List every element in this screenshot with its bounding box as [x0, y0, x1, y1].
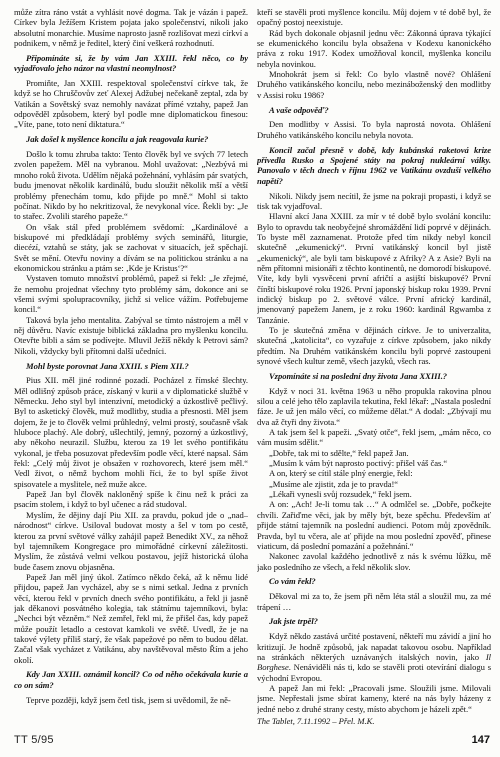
- paragraph: Papež Jan měl jiný úkol. Zatímco někdo č…: [14, 572, 248, 665]
- paragraph: může zítra ráno vstát a vyhlásit nové do…: [14, 7, 248, 48]
- paragraph: Rád bych dokonale objasnil jednu věc: Zá…: [257, 28, 491, 69]
- interview-question: Koncil začal přesně v době, kdy kubánská…: [257, 145, 491, 186]
- interview-question: A vaše odpověď?: [257, 105, 491, 115]
- interview-question: Připomínáte si, že by vám Jan XXIII. řek…: [14, 53, 248, 74]
- paragraph: A on, který se cítil stále plný energie,…: [257, 468, 491, 478]
- paragraph: kteří se stavěli proti myšlence koncilu.…: [257, 7, 491, 28]
- paragraph: Teprve později, když jsem četl tisk, jse…: [14, 695, 248, 705]
- text-run: . Nenáviděli nás ti, kdo se stavěli prot…: [257, 662, 491, 682]
- right-column: kteří se stavěli proti myšlence koncilu.…: [257, 7, 491, 727]
- interview-question: Vzpomínáte si na poslední dny života Jan…: [257, 371, 491, 381]
- paragraph: Den modlitby v Assisi. To byla naprostá …: [257, 119, 491, 140]
- magazine-page: může zítra ráno vstát a vyhlásit nové do…: [0, 0, 500, 757]
- page-footer: TT 5/95 147: [14, 734, 490, 746]
- paragraph: On však stál před problémem svědomí: „Ka…: [14, 222, 248, 274]
- paragraph: Děkoval mi za to, že jsem při něm léta s…: [257, 591, 491, 612]
- paragraph: Promiňte, Jan XXIII. respektoval společe…: [14, 78, 248, 130]
- interview-question: Kdy Jan XXIII. oznámil koncil? Co od něh…: [14, 669, 248, 690]
- source-citation: The Tablet, 7.11.1992 – Přel. M.K.: [257, 716, 491, 726]
- paragraph: Došlo k tomu zhruba takto: Tento člověk …: [14, 149, 248, 221]
- text-run: Když někdo zastává určité postavení, něk…: [257, 631, 491, 662]
- paragraph: Mnohokrát jsem si řekl: Co bylo vlastně …: [257, 69, 491, 100]
- paragraph: A tak jsem šel k papeži. „Svatý otče“, ř…: [257, 427, 491, 448]
- paragraph: Když někdo zastává určité postavení, něk…: [257, 631, 491, 683]
- paragraph: „Musím k vám být naprosto poctivý: přiše…: [257, 458, 491, 468]
- paragraph: Hlavní akcí Jana XXIII. za mír v té době…: [257, 211, 491, 325]
- paragraph: „Musíme ale zjistit, zda je to pravda!“: [257, 479, 491, 489]
- paragraph: Když v noci 31. května 1963 u něho propu…: [257, 386, 491, 427]
- interview-question: Jak došel k myšlence koncilu a jak reago…: [14, 134, 248, 144]
- issue-label: TT 5/95: [14, 734, 54, 746]
- paragraph: A on: „Ach! Je-li tomu tak …“ A odmlčel …: [257, 499, 491, 551]
- paragraph: To je skutečná změna v dějinách církve. …: [257, 325, 491, 366]
- paragraph: „Dobře, tak mi to sdělte,“ řekl papež Ja…: [257, 448, 491, 458]
- paragraph: Nikoli. Nikdy jsem necítil, že jsme na p…: [257, 191, 491, 212]
- interview-question: Mohl byste porovnat Jana XXIII. s Piem X…: [14, 361, 248, 371]
- paragraph: A papež Jan mi řekl: „Pracovali jsme. Sl…: [257, 683, 491, 714]
- interview-question: Jak jste trpěl?: [257, 616, 491, 626]
- interview-question: Co vám řekl?: [257, 576, 491, 586]
- paragraph: Papež Jan byl člověk nakloněný spíše k č…: [14, 489, 248, 510]
- left-column: může zítra ráno vstát a vyhlásit nové do…: [14, 7, 248, 727]
- paragraph: Pius XII. měl jiné rodinné pozadí. Pochá…: [14, 375, 248, 489]
- paragraph: Myslím, že dějiny dají Piu XII. za pravd…: [14, 510, 248, 572]
- page-number: 147: [472, 734, 490, 746]
- paragraph: Nakonec zavolal každého jednotlivě z nás…: [257, 551, 491, 572]
- paragraph: Taková byla jeho mentalita. Zabýval se t…: [14, 315, 248, 356]
- text-columns: může zítra ráno vstát a vyhlásit nové do…: [14, 7, 491, 727]
- paragraph: „Lékaři vynesli svůj rozsudek,“ řekl jse…: [257, 489, 491, 499]
- paragraph: Vystaven tomuto množství problémů, papež…: [14, 273, 248, 314]
